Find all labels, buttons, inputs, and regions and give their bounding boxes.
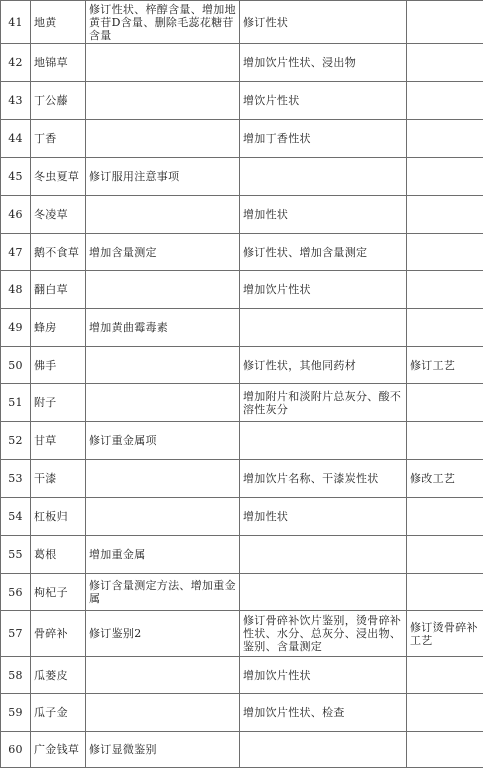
slice-revision-cell: [240, 422, 407, 460]
process-revision-cell: [407, 271, 483, 309]
process-revision-cell: [407, 536, 483, 574]
herb-revision-cell: [86, 460, 240, 498]
herb-name-cell: 骨碎补: [31, 611, 86, 657]
herb-revision-cell: [86, 498, 240, 536]
table-row: 50佛手修订性状，其他同药材修订工艺: [1, 347, 483, 384]
herb-name-cell: 枸杞子: [31, 574, 86, 611]
row-number-cell: 41: [1, 1, 31, 44]
process-revision-cell: [407, 694, 483, 732]
table-row: 51附子增加附片和淡附片总灰分、酸不溶性灰分: [1, 384, 483, 422]
herb-name-cell: 丁公藤: [31, 82, 86, 120]
revision-table-body: 41地黄修订性状、梓醇含量、增加地黄苷D含量、删除毛蕊花糖苷含量修订性状42地锦…: [1, 1, 483, 768]
row-number-cell: 44: [1, 120, 31, 158]
process-revision-cell: [407, 498, 483, 536]
herb-revision-cell: 增加黄曲霉毒素: [86, 309, 240, 347]
herb-revision-cell: [86, 44, 240, 82]
slice-revision-cell: [240, 536, 407, 574]
herb-name-cell: 瓜蒌皮: [31, 657, 86, 694]
row-number-cell: 43: [1, 82, 31, 120]
process-revision-cell: 修订工艺: [407, 347, 483, 384]
table-row: 56枸杞子修订含量测定方法、增加重金属: [1, 574, 483, 611]
table-row: 53干漆增加饮片名称、干漆炭性状修改工艺: [1, 460, 483, 498]
herb-revision-cell: 修订显微鉴别: [86, 732, 240, 768]
process-revision-cell: [407, 44, 483, 82]
slice-revision-cell: 增饮片性状: [240, 82, 407, 120]
table-row: 44丁香增加丁香性状: [1, 120, 483, 158]
process-revision-cell: 修改工艺: [407, 460, 483, 498]
table-row: 47鹅不食草增加含量测定修订性状、增加含量测定: [1, 234, 483, 271]
herb-name-cell: 丁香: [31, 120, 86, 158]
herb-revision-cell: [86, 82, 240, 120]
herb-name-cell: 附子: [31, 384, 86, 422]
process-revision-cell: [407, 120, 483, 158]
slice-revision-cell: 修订性状，其他同药材: [240, 347, 407, 384]
process-revision-cell: [407, 158, 483, 196]
process-revision-cell: [407, 309, 483, 347]
herb-name-cell: 葛根: [31, 536, 86, 574]
herb-revision-cell: [86, 347, 240, 384]
herb-name-cell: 地黄: [31, 1, 86, 44]
row-number-cell: 50: [1, 347, 31, 384]
slice-revision-cell: 增加饮片名称、干漆炭性状: [240, 460, 407, 498]
process-revision-cell: [407, 657, 483, 694]
table-row: 55葛根增加重金属: [1, 536, 483, 574]
slice-revision-cell: 修订骨碎补饮片鉴别，烫骨碎补性状、水分、总灰分、浸出物、鉴别、含量测定: [240, 611, 407, 657]
herb-revision-cell: [86, 271, 240, 309]
slice-revision-cell: [240, 732, 407, 768]
slice-revision-cell: 修订性状、增加含量测定: [240, 234, 407, 271]
row-number-cell: 56: [1, 574, 31, 611]
row-number-cell: 60: [1, 732, 31, 768]
process-revision-cell: [407, 82, 483, 120]
slice-revision-cell: 修订性状: [240, 1, 407, 44]
herb-revision-cell: 修订鉴别2: [86, 611, 240, 657]
row-number-cell: 49: [1, 309, 31, 347]
table-row: 58瓜蒌皮增加饮片性状: [1, 657, 483, 694]
herb-name-cell: 地锦草: [31, 44, 86, 82]
table-row: 59瓜子金增加饮片性状、检查: [1, 694, 483, 732]
process-revision-cell: [407, 234, 483, 271]
table-row: 54杠板归增加性状: [1, 498, 483, 536]
herb-name-cell: 翻白草: [31, 271, 86, 309]
row-number-cell: 54: [1, 498, 31, 536]
slice-revision-cell: [240, 309, 407, 347]
herb-name-cell: 冬凌草: [31, 196, 86, 234]
herb-name-cell: 干漆: [31, 460, 86, 498]
herb-revision-cell: [86, 120, 240, 158]
herb-name-cell: 佛手: [31, 347, 86, 384]
process-revision-cell: [407, 574, 483, 611]
table-row: 43丁公藤增饮片性状: [1, 82, 483, 120]
row-number-cell: 57: [1, 611, 31, 657]
herb-revision-cell: 增加重金属: [86, 536, 240, 574]
herb-revision-cell: 增加含量测定: [86, 234, 240, 271]
row-number-cell: 51: [1, 384, 31, 422]
slice-revision-cell: 增加饮片性状: [240, 271, 407, 309]
row-number-cell: 53: [1, 460, 31, 498]
herb-name-cell: 杠板归: [31, 498, 86, 536]
herb-revision-cell: [86, 694, 240, 732]
slice-revision-cell: 增加附片和淡附片总灰分、酸不溶性灰分: [240, 384, 407, 422]
herb-name-cell: 广金钱草: [31, 732, 86, 768]
row-number-cell: 47: [1, 234, 31, 271]
row-number-cell: 45: [1, 158, 31, 196]
table-row: 60广金钱草修订显微鉴别: [1, 732, 483, 768]
process-revision-cell: [407, 196, 483, 234]
process-revision-cell: [407, 422, 483, 460]
table-row: 46冬凌草增加性状: [1, 196, 483, 234]
table-row: 49蜂房增加黄曲霉毒素: [1, 309, 483, 347]
slice-revision-cell: 增加饮片性状: [240, 657, 407, 694]
process-revision-cell: [407, 1, 483, 44]
herb-name-cell: 鹅不食草: [31, 234, 86, 271]
herb-revision-cell: [86, 657, 240, 694]
process-revision-cell: [407, 732, 483, 768]
herb-revision-cell: 修订服用注意事项: [86, 158, 240, 196]
herb-name-cell: 瓜子金: [31, 694, 86, 732]
slice-revision-cell: [240, 574, 407, 611]
table-row: 52甘草修订重金属项: [1, 422, 483, 460]
herb-revision-cell: [86, 196, 240, 234]
herb-revision-cell: 修订性状、梓醇含量、增加地黄苷D含量、删除毛蕊花糖苷含量: [86, 1, 240, 44]
herb-revision-cell: 修订重金属项: [86, 422, 240, 460]
herb-revision-cell: 修订含量测定方法、增加重金属: [86, 574, 240, 611]
slice-revision-cell: 增加性状: [240, 498, 407, 536]
row-number-cell: 46: [1, 196, 31, 234]
row-number-cell: 55: [1, 536, 31, 574]
slice-revision-cell: 增加饮片性状、浸出物: [240, 44, 407, 82]
herb-name-cell: 甘草: [31, 422, 86, 460]
revision-table: 41地黄修订性状、梓醇含量、增加地黄苷D含量、删除毛蕊花糖苷含量修订性状42地锦…: [0, 0, 483, 768]
process-revision-cell: 修订烫骨碎补工艺: [407, 611, 483, 657]
row-number-cell: 59: [1, 694, 31, 732]
table-row: 42地锦草增加饮片性状、浸出物: [1, 44, 483, 82]
process-revision-cell: [407, 384, 483, 422]
table-row: 48翻白草增加饮片性状: [1, 271, 483, 309]
slice-revision-cell: 增加丁香性状: [240, 120, 407, 158]
slice-revision-cell: 增加性状: [240, 196, 407, 234]
table-row: 41地黄修订性状、梓醇含量、增加地黄苷D含量、删除毛蕊花糖苷含量修订性状: [1, 1, 483, 44]
table-row: 57骨碎补修订鉴别2修订骨碎补饮片鉴别，烫骨碎补性状、水分、总灰分、浸出物、鉴别…: [1, 611, 483, 657]
table-row: 45冬虫夏草修订服用注意事项: [1, 158, 483, 196]
row-number-cell: 42: [1, 44, 31, 82]
herb-name-cell: 冬虫夏草: [31, 158, 86, 196]
herb-revision-cell: [86, 384, 240, 422]
row-number-cell: 58: [1, 657, 31, 694]
row-number-cell: 52: [1, 422, 31, 460]
row-number-cell: 48: [1, 271, 31, 309]
herb-name-cell: 蜂房: [31, 309, 86, 347]
slice-revision-cell: 增加饮片性状、检查: [240, 694, 407, 732]
slice-revision-cell: [240, 158, 407, 196]
